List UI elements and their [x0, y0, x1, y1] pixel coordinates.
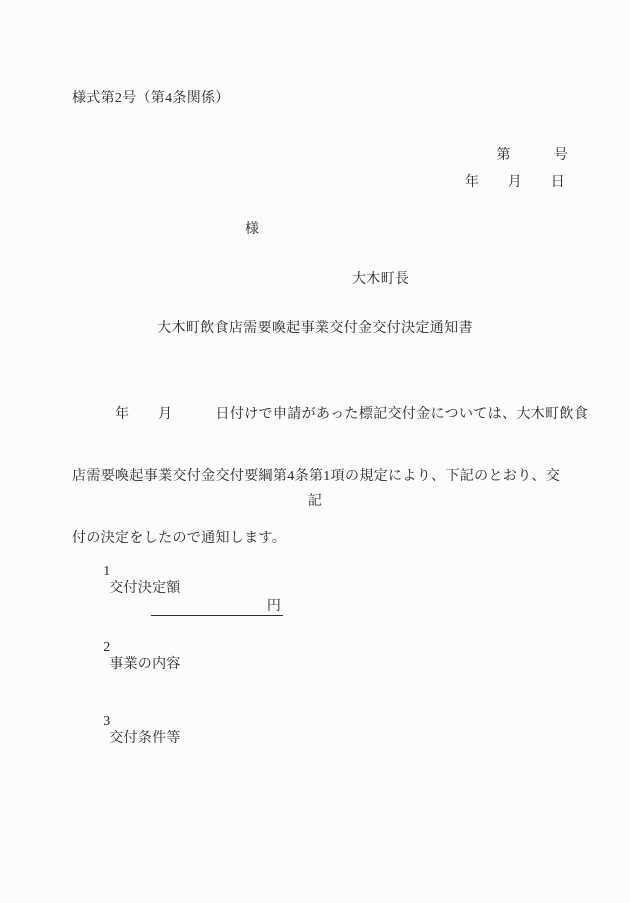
record-marker: 記: [0, 493, 630, 511]
item-2-label: 事業の内容: [109, 657, 181, 672]
amount-fill-in-line: 円: [151, 598, 283, 617]
item-3-label: 交付条件等: [109, 731, 181, 746]
document-number-line: 第 号: [497, 147, 569, 165]
body-line-1: 年 月 日付けで申請があった標記交付金については、大木町飲食: [72, 401, 569, 428]
addressee-suffix: 様: [245, 221, 259, 239]
item-1-number: 1: [103, 564, 110, 579]
form-number: 様式第2号（第4条関係）: [72, 90, 230, 108]
list-item-business-content: 2 事業の内容: [72, 621, 181, 691]
document-title: 大木町飲食店需要喚起事業交付金交付決定通知書: [0, 320, 630, 338]
list-item-grant-conditions: 3 交付条件等: [72, 695, 181, 765]
item-2-number: 2: [103, 640, 110, 655]
sender-name: 大木町長: [352, 271, 409, 289]
item-3-number: 3: [103, 714, 110, 729]
body-line-2: 店需要喚起事業交付金交付要綱第4条第1項の規定により、下記のとおり、交: [72, 463, 569, 490]
date-line: 年 月 日: [465, 174, 565, 192]
amount-unit: 円: [267, 599, 281, 614]
document-page: 様式第2号（第4条関係） 第 号 年 月 日 様 大木町長 大木町飲食店需要喚起…: [0, 0, 630, 903]
item-1-label: 交付決定額: [109, 581, 181, 596]
